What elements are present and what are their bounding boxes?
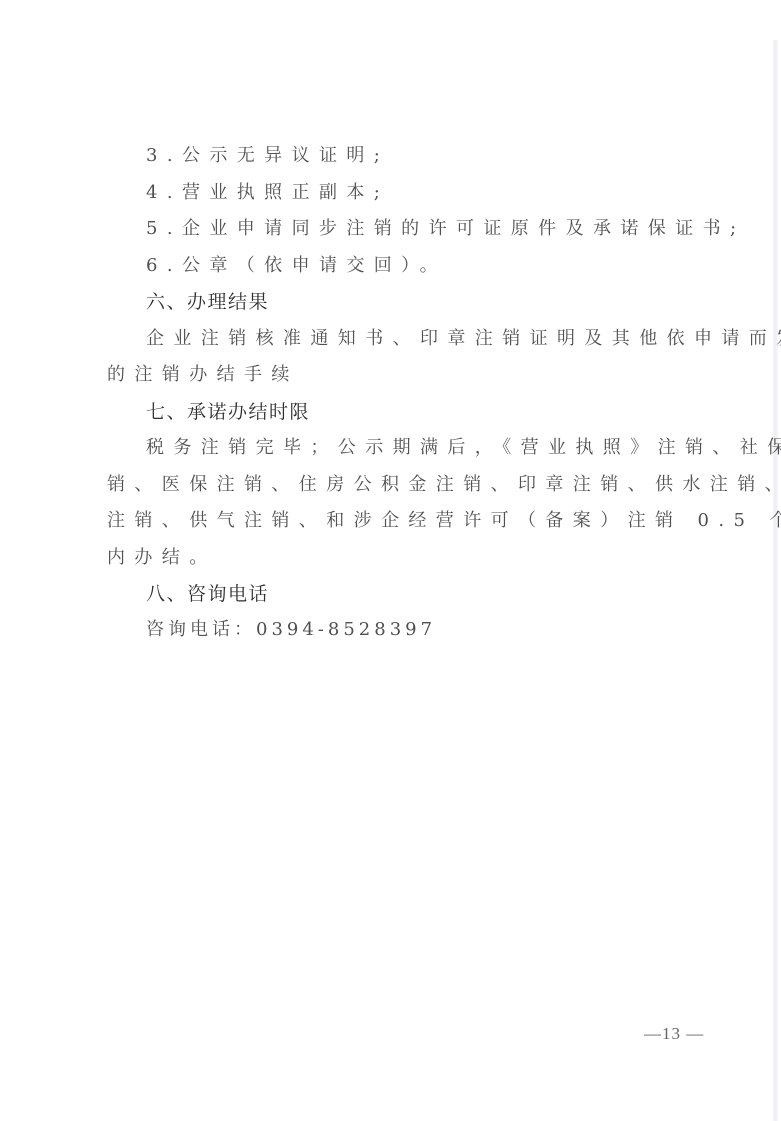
section-heading-contact: 八、咨询电话 <box>146 576 746 612</box>
section-heading-time-limit: 七、承诺办结时限 <box>146 394 746 430</box>
page-number: —13 — <box>644 1024 704 1044</box>
paragraph-line: 内办结。 <box>107 540 707 576</box>
paragraph-line: 税务注销完毕；公示期满后，《营业执照》注销、社保注 <box>146 430 746 466</box>
paragraph-line: 注销、供气注销、和涉企经营许可（备案）注销 0.5 个工作日 <box>107 503 707 539</box>
list-item: 4.营业执照正副本; <box>146 175 746 211</box>
section-heading-result: 六、办理结果 <box>146 284 746 320</box>
list-item: 3.公示无异议证明; <box>146 138 746 174</box>
page-edge-shadow <box>772 40 778 1121</box>
paragraph-line: 企业注销核准通知书、印章注销证明及其他依申请而发生 <box>146 321 746 357</box>
contact-phone: 咨询电话：0394-8528397 <box>146 612 746 648</box>
list-item: 5.企业申请同步注销的许可证原件及承诺保证书; <box>146 211 746 247</box>
paragraph-line: 销、医保注销、住房公积金注销、印章注销、供水注销、供电 <box>107 467 707 503</box>
list-item: 6.公章（依申请交回）。 <box>146 248 746 284</box>
paragraph-line: 的注销办结手续 <box>107 357 707 393</box>
